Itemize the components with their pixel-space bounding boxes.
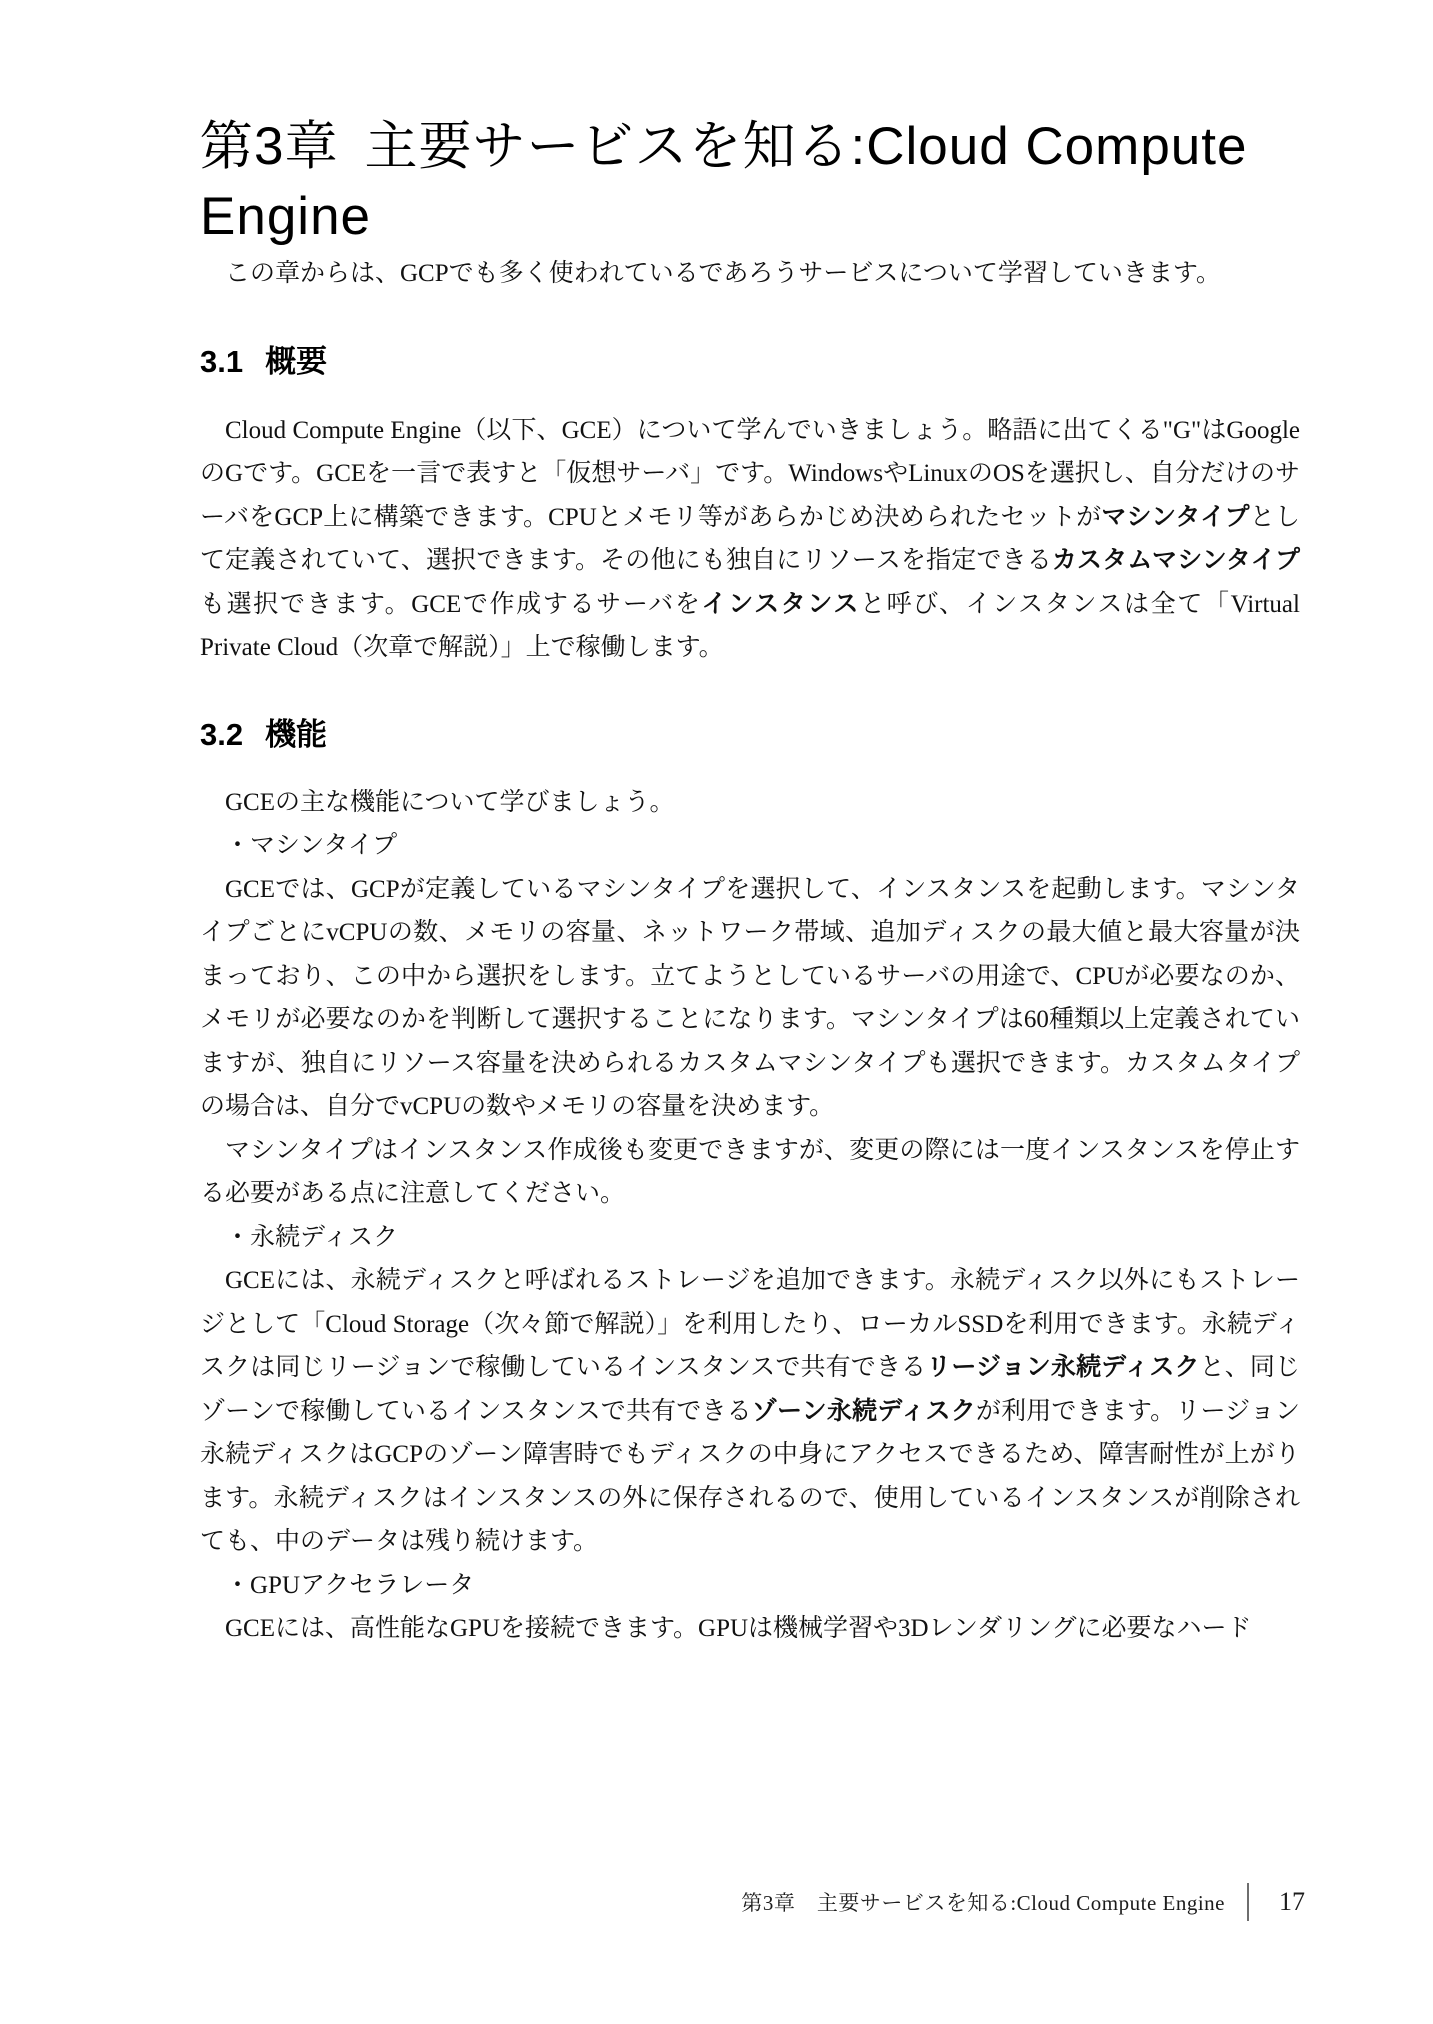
paragraph: GCEでは、GCPが定義しているマシンタイプを選択して、インスタンスを起動します… — [200, 868, 1300, 1129]
text-run: GCEでは、GCPが定義しているマシンタイプを選択して、インスタンスを起動します… — [200, 876, 1300, 1121]
section-number: 3.2 — [200, 717, 243, 752]
section-3-1-heading: 3.1概要 — [200, 342, 1300, 382]
chapter-title: 第3章主要サービスを知る:Cloud Compute Engine — [200, 112, 1300, 252]
section-3-1: 3.1概要 Cloud Compute Engine（以下、GCE）について学ん… — [200, 342, 1300, 670]
text-run: ・マシンタイプ — [225, 832, 397, 859]
paragraph: マシンタイプはインスタンス作成後も変更できますが、変更の際には一度インスタンスを… — [200, 1129, 1300, 1216]
bold-text-run: リージョン永続ディスク — [926, 1353, 1199, 1381]
paragraph: ・マシンタイプ — [200, 824, 1300, 868]
intro-paragraph: この章からは、GCPでも多く使われているであろうサービスについて学習していきます… — [200, 252, 1300, 296]
page-number: 17 — [1279, 1887, 1305, 1917]
section-label: 機能 — [265, 717, 327, 752]
section-number: 3.1 — [200, 344, 243, 379]
page-content: 第3章主要サービスを知る:Cloud Compute Engine この章からは… — [200, 0, 1300, 1651]
section-3-2: 3.2機能 GCEの主な機能について学びましょう。・マシンタイプGCEでは、GC… — [200, 715, 1300, 1651]
chapter-number: 第3章 — [200, 117, 338, 176]
text-run: GCEには、高性能なGPUを接続できます。GPUは機械学習や3Dレンダリングに必… — [225, 1615, 1251, 1642]
page-footer: 第3章 主要サービスを知る:Cloud Compute Engine 17 — [741, 1882, 1305, 1922]
bold-text-run: カスタムマシンタイプ — [1052, 546, 1300, 574]
chapter-title-text: 主要サービスを知る:Cloud Compute Engine — [200, 117, 1247, 246]
text-run: マシンタイプはインスタンス作成後も変更できますが、変更の際には一度インスタンスを… — [200, 1137, 1300, 1208]
paragraph: ・永続ディスク — [200, 1216, 1300, 1260]
paragraph: GCEには、永続ディスクと呼ばれるストレージを追加できます。永続ディスク以外にも… — [200, 1259, 1300, 1564]
text-run: ・永続ディスク — [225, 1224, 398, 1251]
section-3-2-heading: 3.2機能 — [200, 715, 1300, 755]
text-run: も選択できます。GCEで作成するサーバを — [200, 591, 702, 618]
paragraph: GCEの主な機能について学びましょう。 — [200, 781, 1300, 825]
bold-text-run: マシンタイプ — [1101, 503, 1249, 531]
paragraph: GCEには、高性能なGPUを接続できます。GPUは機械学習や3Dレンダリングに必… — [200, 1607, 1300, 1651]
section-label: 概要 — [265, 344, 327, 379]
book-page: { "page": { "chapter_number": "第3章", "ch… — [0, 0, 1433, 2024]
section-3-2-body: GCEの主な機能について学びましょう。・マシンタイプGCEでは、GCPが定義して… — [200, 781, 1300, 1651]
paragraph: Cloud Compute Engine（以下、GCE）について学んでいきましょ… — [200, 409, 1300, 670]
footer-divider — [1247, 1883, 1249, 1921]
section-3-1-body: Cloud Compute Engine（以下、GCE）について学んでいきましょ… — [200, 409, 1300, 670]
bold-text-run: ゾーン永続ディスク — [752, 1397, 976, 1425]
text-run: GCEの主な機能について学びましょう。 — [225, 789, 675, 816]
footer-running-title: 第3章 主要サービスを知る:Cloud Compute Engine — [741, 1887, 1225, 1917]
bold-text-run: インスタンス — [702, 590, 860, 618]
paragraph: ・GPUアクセラレータ — [200, 1564, 1300, 1608]
text-run: ・GPUアクセラレータ — [225, 1572, 474, 1599]
